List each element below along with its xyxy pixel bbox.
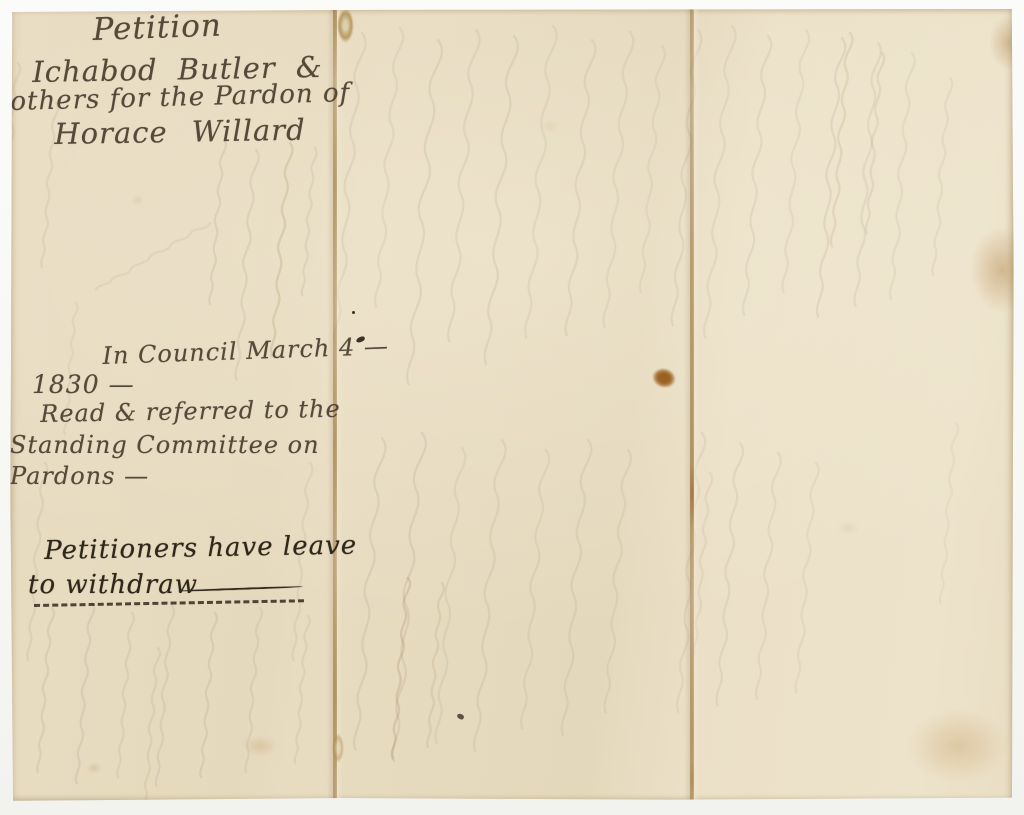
council-note-line: Pardons — [10,462,149,490]
outcome-note-line: Petitioners have leave [44,531,357,566]
council-note-line: Read & referred to the [40,395,341,428]
outcome-note-line: to withdraw [28,570,198,600]
scan-background: Petition Ichabod Butler & others for the… [0,0,1024,815]
council-note-year: 1830 — [32,370,135,399]
docket-title: Petition [92,7,222,47]
council-note-line: Standing Committee on [10,431,320,459]
docket-line-subject: Horace Willard [54,113,306,151]
ink-speck [352,311,355,314]
petition-document-paper: Petition Ichabod Butler & others for the… [10,8,1014,802]
